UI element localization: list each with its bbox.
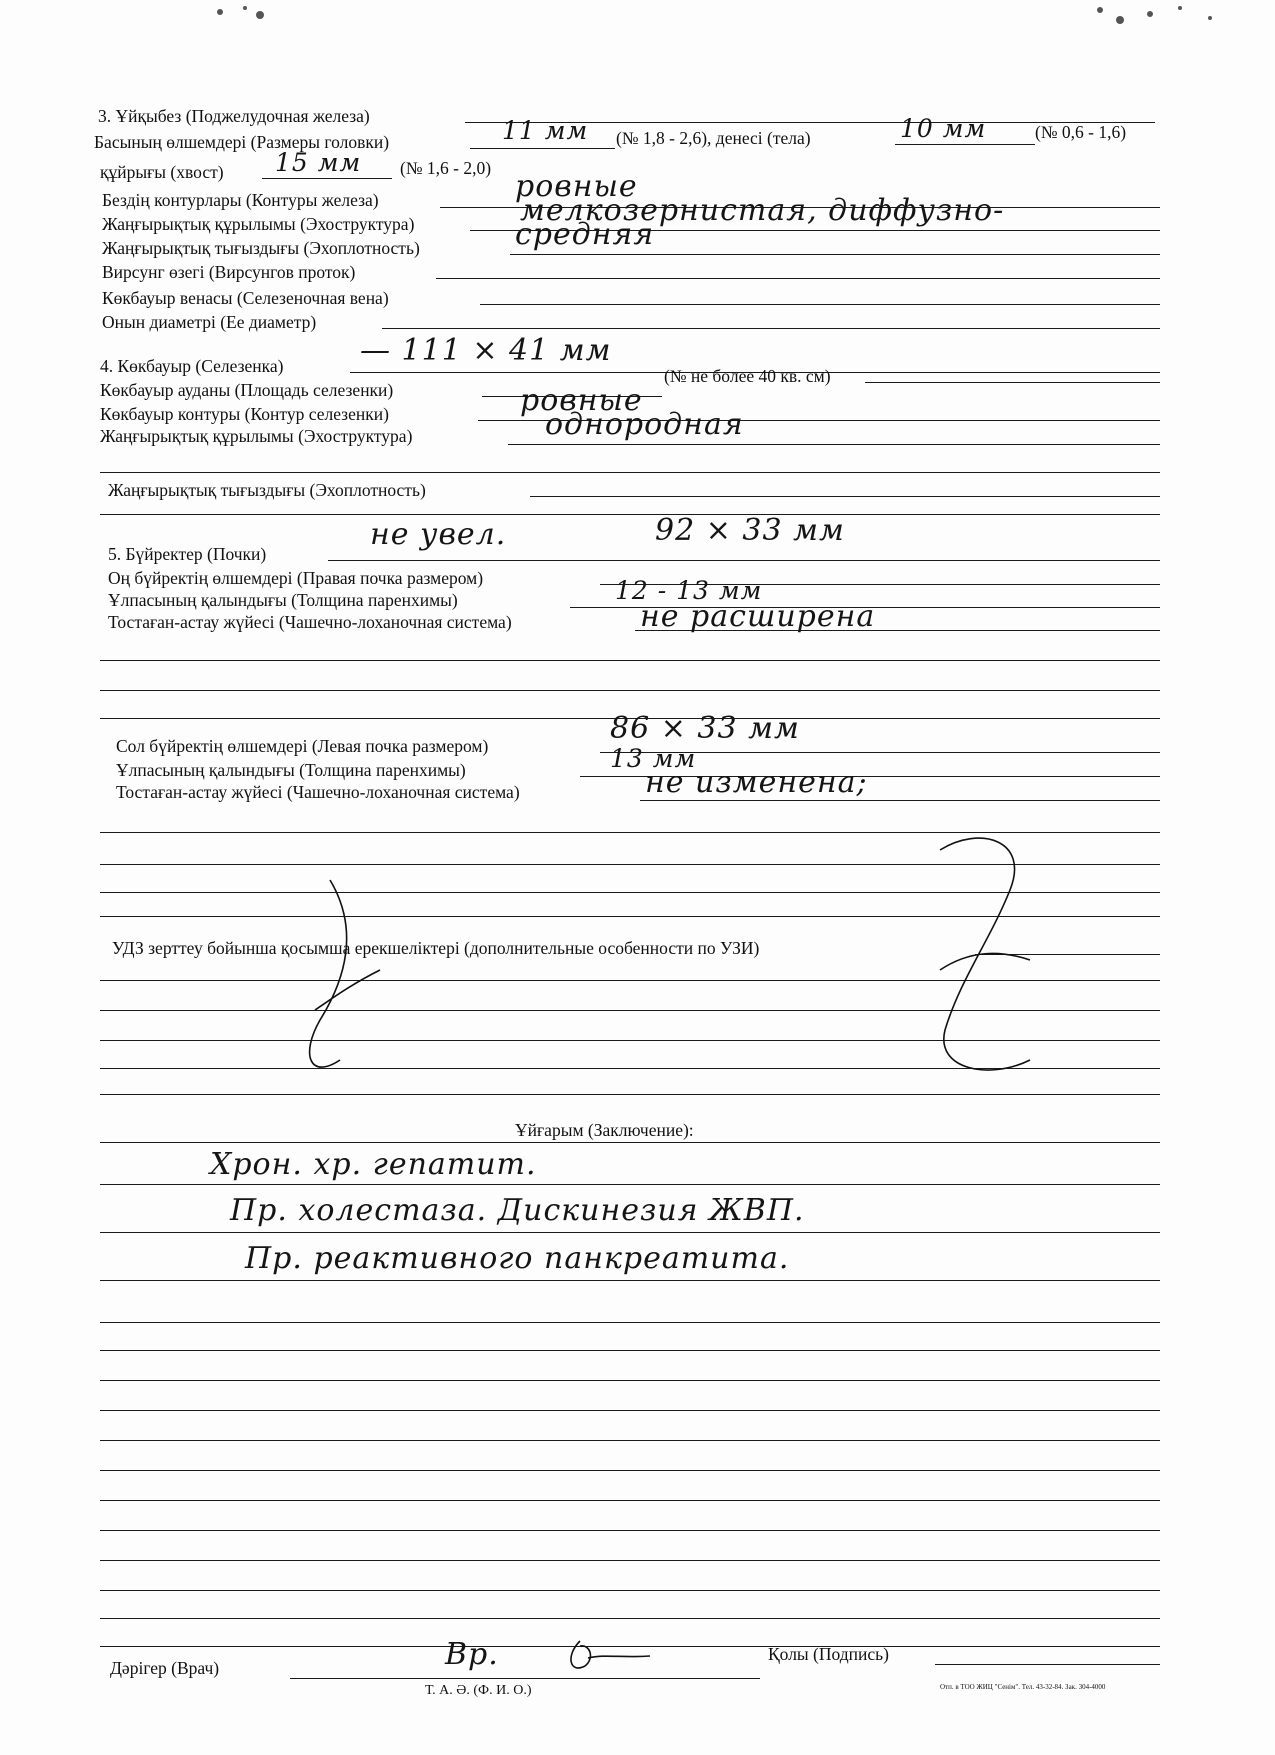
rule bbox=[328, 560, 1160, 561]
tail-field-line bbox=[262, 178, 392, 179]
doctor-label: Дәрігер (Врач) bbox=[110, 1660, 219, 1678]
strike-mark-left bbox=[290, 870, 430, 1090]
head-size-field-line bbox=[470, 148, 615, 149]
signature-scribble bbox=[560, 1636, 660, 1676]
rule bbox=[100, 1322, 1160, 1323]
rule bbox=[100, 514, 1160, 515]
spleen-contour-label: Көкбауыр контуры (Контур селезенки) bbox=[100, 406, 389, 424]
rule bbox=[100, 1142, 1160, 1143]
right-kidney-size-value: 92 × 33 мм bbox=[655, 516, 845, 546]
rule bbox=[865, 382, 1160, 383]
left-parenchyma-label: Ұлпасының қалындығы (Толщина паренхимы) bbox=[116, 762, 466, 780]
rule bbox=[100, 1500, 1160, 1501]
pancreas-echodensity-label: Жаңғырықтық тығыздығы (Эхоплотность) bbox=[102, 240, 420, 258]
tail-label: құйрығы (хвост) bbox=[100, 164, 224, 182]
spleen-echodensity-field-line bbox=[530, 496, 1160, 497]
rule bbox=[100, 1280, 1160, 1281]
head-size-value: 11 мм bbox=[502, 118, 588, 143]
rule bbox=[100, 1470, 1160, 1471]
rule bbox=[100, 1184, 1160, 1185]
additional-features-label: УДЗ зерттеу бойынша қосымша ерекшеліктер… bbox=[112, 940, 759, 958]
doctor-signature: Вр. bbox=[445, 1640, 499, 1670]
rule bbox=[100, 1410, 1160, 1411]
rule bbox=[640, 800, 1160, 801]
rule bbox=[510, 254, 1160, 255]
right-pcs-value: не расширена bbox=[640, 602, 875, 632]
rule bbox=[100, 1350, 1160, 1351]
spleen-area-norm: (№ не более 40 кв. см) bbox=[664, 368, 831, 386]
rule bbox=[100, 660, 1160, 661]
rule bbox=[100, 1440, 1160, 1441]
signature-field-line bbox=[935, 1664, 1160, 1665]
conclusion-line-1: Хрон. хр. гепатит. bbox=[210, 1150, 537, 1180]
left-pcs-value: не изменена; bbox=[645, 768, 868, 798]
signature-label: Қолы (Подпись) bbox=[768, 1646, 889, 1664]
rule bbox=[100, 1560, 1160, 1561]
tail-norm-text: (№ 1,6 - 2,0) bbox=[400, 160, 491, 178]
right-parenchyma-label: Ұлпасының қалындығы (Толщина паренхимы) bbox=[108, 592, 458, 610]
scan-noise bbox=[0, 0, 1275, 60]
vein-diameter-field-line bbox=[382, 328, 1160, 329]
spleen-echostructure-value: однородная bbox=[545, 410, 744, 440]
conclusion-line-2: Пр. холестаза. Дискинезия ЖВП. bbox=[230, 1196, 805, 1226]
body-norm-text: (№ 0,6 - 1,6) bbox=[1035, 124, 1126, 142]
vein-diameter-label: Онын диаметрі (Ее диаметр) bbox=[102, 314, 316, 332]
wirsung-label: Вирсунг өзегі (Вирсунгов проток) bbox=[102, 264, 355, 282]
rule bbox=[100, 1530, 1160, 1531]
spleen-echostructure-label: Жаңғырықтық құрылымы (Эхоструктура) bbox=[100, 428, 412, 446]
pancreas-echostructure-label: Жаңғырықтық құрылымы (Эхоструктура) bbox=[102, 216, 414, 234]
rule bbox=[100, 1618, 1160, 1619]
tail-value: 15 мм bbox=[275, 150, 361, 175]
pancreas-contour-label: Бездің контурлары (Контуры железа) bbox=[102, 192, 379, 210]
spleen-echodensity-label: Жаңғырықтық тығыздығы (Эхоплотность) bbox=[108, 482, 426, 500]
rule bbox=[100, 1232, 1160, 1233]
left-kidney-size-value: 86 × 33 мм bbox=[610, 714, 800, 744]
kidneys-title: 5. Бүйректер (Почки) bbox=[108, 546, 266, 564]
conclusion-line-3: Пр. реактивного панкреатита. bbox=[245, 1244, 789, 1274]
rule bbox=[100, 690, 1160, 691]
wirsung-field-line bbox=[436, 278, 1160, 279]
rule bbox=[100, 1590, 1160, 1591]
left-kidney-size-label: Сол бүйректің өлшемдері (Левая почка раз… bbox=[116, 738, 488, 756]
rule bbox=[100, 1094, 1160, 1095]
left-pcs-label: Тостаған-астау жүйесі (Чашечно-лоханочна… bbox=[116, 784, 520, 802]
pancreas-title: 3. Ұйқыбез (Поджелудочная железа) bbox=[98, 108, 370, 126]
print-note: Отп. в ТОО ЖИЦ "Сенім". Тел. 43-32-84. З… bbox=[940, 1684, 1105, 1691]
right-pcs-label: Тостаған-астау жүйесі (Чашечно-лоханочна… bbox=[108, 614, 512, 632]
spleen-area-label: Көкбауыр ауданы (Площадь селезенки) bbox=[100, 382, 393, 400]
head-norm-text: (№ 1,8 - 2,6), денесі (тела) bbox=[616, 130, 811, 148]
body-size-value: 10 мм bbox=[900, 116, 986, 141]
right-kidney-size-label: Оң бүйректің өлшемдері (Правая почка раз… bbox=[108, 570, 483, 588]
conclusion-title: Ұйғарым (Заключение): bbox=[515, 1122, 694, 1140]
rule bbox=[508, 444, 1160, 445]
doctor-name-field-line bbox=[290, 1678, 760, 1679]
splenic-vein-field-line bbox=[480, 304, 1160, 305]
rule bbox=[100, 472, 1160, 473]
ultrasound-report-page: 3. Ұйқыбез (Поджелудочная железа) Басыны… bbox=[0, 0, 1275, 1755]
splenic-vein-label: Көкбауыр венасы (Селезеночная вена) bbox=[102, 290, 389, 308]
strike-mark-right bbox=[920, 830, 1060, 1090]
fio-label: Т. А. Ә. (Ф. И. О.) bbox=[425, 1684, 531, 1698]
pancreas-echodensity-value: средняя bbox=[515, 220, 654, 250]
spleen-title: 4. Көкбауыр (Селезенка) bbox=[100, 358, 283, 376]
rule bbox=[100, 1380, 1160, 1381]
body-size-field-line bbox=[895, 144, 1035, 145]
kidneys-value: не увел. bbox=[370, 520, 506, 550]
spleen-size-value: — 111 × 41 мм bbox=[360, 336, 611, 366]
